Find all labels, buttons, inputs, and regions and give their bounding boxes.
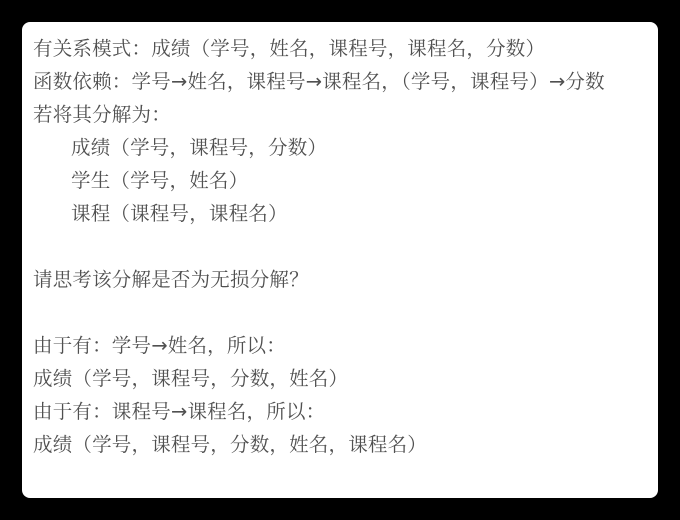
reasoning-line: 由于有：学号→姓名，所以： <box>33 329 658 362</box>
decompose-intro-line: 若将其分解为： <box>33 98 658 131</box>
spacer <box>33 230 658 263</box>
document-card: 有关系模式：成绩（学号，姓名，课程号，课程名，分数） 函数依赖：学号→姓名，课程… <box>22 22 658 498</box>
decomposition-item-course: 课程（课程号，课程名） <box>33 197 658 230</box>
decomposition-item-student: 学生（学号，姓名） <box>33 164 658 197</box>
decomposition-item-grades: 成绩（学号，课程号，分数） <box>33 131 658 164</box>
reasoning-line: 成绩（学号，课程号，分数，姓名，课程名） <box>33 428 658 461</box>
reasoning-line: 成绩（学号，课程号，分数，姓名） <box>33 362 658 395</box>
functional-dependency-line: 函数依赖：学号→姓名，课程号→课程名，（学号，课程号）→分数 <box>33 65 658 98</box>
question-line: 请思考该分解是否为无损分解？ <box>33 263 658 296</box>
relation-schema-line: 有关系模式：成绩（学号，姓名，课程号，课程名，分数） <box>33 32 658 65</box>
spacer <box>33 296 658 329</box>
reasoning-line: 由于有：课程号→课程名，所以： <box>33 395 658 428</box>
